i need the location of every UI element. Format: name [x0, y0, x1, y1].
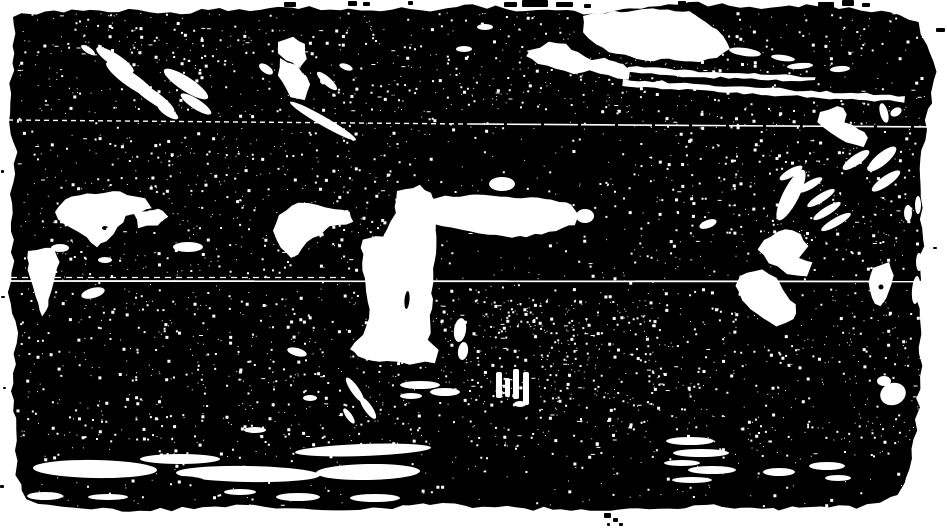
photo-margin-mark — [842, 0, 854, 6]
photo-margin-mark — [584, 4, 591, 8]
photo-margin-mark — [284, 2, 296, 7]
photo-margin-mark — [408, 1, 413, 5]
photo-highlight-shape — [688, 466, 736, 474]
photo-margin-mark — [936, 28, 945, 32]
photo-margin-mark — [613, 518, 618, 522]
photo-highlight-shape — [877, 376, 891, 386]
photo-highlight-shape — [514, 401, 526, 407]
photo-ink-detail — [879, 285, 884, 290]
photo-highlight-shape — [763, 468, 795, 476]
photo-highlight-shape — [825, 475, 851, 481]
photo-margin-mark — [348, 1, 357, 6]
photo-highlight-shape — [477, 24, 493, 30]
photo-highlight-shape — [666, 437, 714, 445]
photo-margin-mark — [522, 0, 548, 7]
photo-margin-mark — [504, 2, 517, 7]
photo-highlight-shape — [456, 46, 472, 52]
photo-margin-mark — [556, 2, 573, 7]
photo-margin-mark — [607, 523, 610, 526]
photo-highlight-shape — [916, 253, 922, 271]
photo-margin-mark — [3, 387, 6, 389]
photo-ink-detail — [453, 233, 471, 243]
photo-highlight-shape — [303, 395, 317, 401]
halftone-photo-canvas — [0, 0, 947, 528]
photo-highlight-shape — [664, 460, 700, 466]
photo-highlight-shape — [224, 489, 256, 495]
photo-margin-mark — [1, 170, 4, 173]
photo-highlight-shape — [809, 462, 845, 470]
photo-scanline — [0, 281, 947, 282]
photo-highlight-shape — [27, 492, 63, 500]
photo-margin-mark — [678, 1, 686, 6]
photo-highlight-shape — [576, 209, 594, 223]
photo-highlight-shape — [400, 393, 422, 399]
photo-margin-mark — [0, 485, 4, 488]
photo-margin-mark — [604, 513, 611, 518]
photo-highlight-shape — [904, 205, 912, 221]
photo-highlight-shape — [523, 372, 529, 405]
photo-margin-mark — [1, 296, 5, 298]
newspaper-photo — [0, 0, 947, 528]
photo-margin-mark — [818, 2, 834, 9]
photo-highlight-shape — [672, 477, 712, 483]
photo-margin-mark — [619, 523, 623, 526]
photo-highlight-shape — [88, 494, 128, 500]
photo-margin-mark — [363, 2, 370, 6]
photo-margin-mark — [862, 3, 870, 7]
photo-margin-mark — [933, 247, 937, 249]
photo-highlight-shape — [489, 177, 515, 191]
photo-highlight-shape — [400, 381, 440, 389]
photo-highlight-shape — [276, 493, 320, 501]
photo-highlight-shape — [140, 454, 220, 464]
